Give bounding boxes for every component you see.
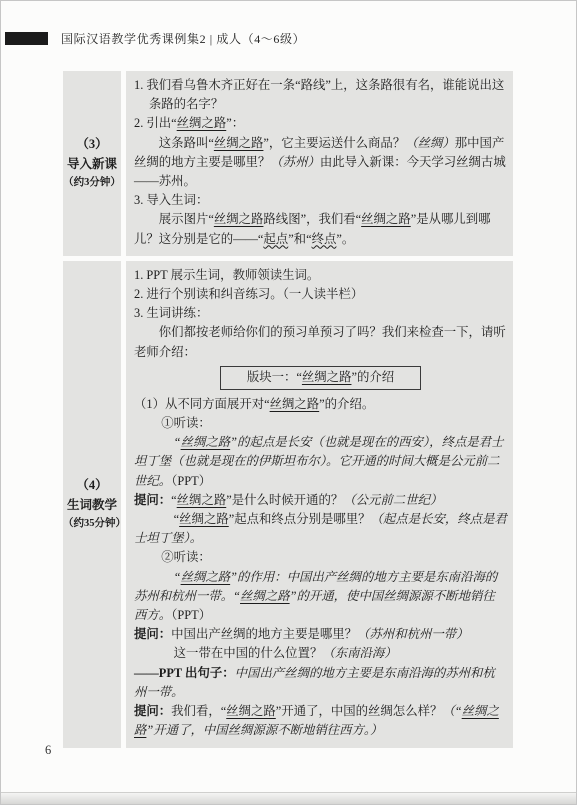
text-run: 2. 进行个别读和纠音练习。（一人读半栏） [134,287,363,301]
text-run: ”起点和终点分别是哪里？ [229,512,371,526]
table-row-vocabulary: （4） 生词教学 （约35分钟） 1. PPT 展示生词，教师领读生词。2. 进… [63,261,513,748]
text-run: （公元前二世纪） [343,493,442,507]
text-run: 路线图”，我们看“ [263,212,361,226]
stage-number: （4） [76,476,107,495]
text-run: 我们看，“ [171,704,226,718]
content-paragraph: 这条路叫“丝绸之路”，它主要运送什么商品？（丝绸）那中国产丝绸的地方主要是哪里？… [134,134,507,192]
text-run: ”开通了，中国丝绸源源不断地销往西方。） [146,723,382,737]
text-run: 丝绸之路 [177,116,227,130]
content-paragraph: 这一带在中国的什么位置？（东南沿海） [134,644,507,663]
text-run: 丝绸之路 [226,704,276,718]
content-paragraph: 提问：“丝绸之路”是什么时候开通的？（公元前二世纪） [134,491,507,510]
content-paragraph: 1. PPT 展示生词，教师领读生词。 [134,266,507,285]
text-run: ”，它主要运送什么商品？ [263,136,405,150]
text-run: 3. 生词讲练： [134,306,208,320]
content-paragraph: “丝绸之路”起点和终点分别是哪里？（起点是长安，终点是君士坦丁堡）。 [134,510,507,548]
header-black-bar [5,32,48,45]
text-run: 提问： [134,704,171,718]
text-run: 丝绸之路 [361,212,411,226]
stage-duration: （约3分钟） [63,175,121,191]
text-run: （苏州） [270,155,320,169]
text-run: ①听读： [161,416,211,430]
text-run: ②听读： [161,550,211,564]
stage-label-cell: （3） 导入新课 （约3分钟） [63,71,121,256]
content-paragraph: 2. 引出“丝绸之路”： [134,114,507,133]
text-run: 丝绸之路 [214,212,264,226]
text-run: （1）从不同方面展开对“ [134,397,270,411]
content-paragraph: “丝绸之路”的起点是长安（也就是现在的西安），终点是君士坦丁堡（也就是现在的伊斯… [134,433,507,491]
text-run: 1. 我们看乌鲁木齐正好在一条“路线”上，这条路很有名，谁能说出这条路的名字？ [134,78,504,111]
text-run: （丝绸） [405,136,455,150]
text-run: 2. 引出“ [134,116,177,130]
text-run: 这条路叫“ [159,136,214,150]
text-run: 丝绸之路 [177,493,227,507]
content-paragraph: ①听读： [134,414,507,433]
header-title: 国际汉语教学优秀课例集2 | 成人（4～6级） [61,30,305,47]
stage-title: 导入新课 [67,155,117,174]
content-paragraph: 3. 导入生词： [134,191,507,210]
text-run: （PPT） [171,608,211,622]
text-run: 版块一：“ [247,370,302,384]
text-run: ”： [226,116,244,130]
text-run: 提问： [134,627,171,641]
stage-content-cell: 1. 我们看乌鲁木齐正好在一条“路线”上，这条路很有名，谁能说出这条路的名字？2… [126,71,513,256]
text-run: 丝绸之路 [214,136,264,150]
stage-number: （3） [76,135,107,154]
lesson-plan-table: （3） 导入新课 （约3分钟） 1. 我们看乌鲁木齐正好在一条“路线”上，这条路… [63,71,513,753]
section-box-wrapper: 版块一：“丝绸之路”的介绍 [134,366,507,390]
text-run: 1. PPT 展示生词，教师领读生词。 [134,268,319,282]
page-number: 6 [45,743,51,758]
text-run: 丝绸之路 [270,397,320,411]
text-run: ”的介绍。 [319,397,374,411]
text-run: （东南沿海） [322,646,396,660]
content-paragraph: 你们都按老师给你们的预习单预习了吗？我们来检查一下，请听老师介绍： [134,323,507,361]
text-run: 终点 [312,232,337,246]
text-run: ”开通了，中国的丝绸怎么样？ [276,704,443,718]
text-run: 这一带在中国的什么位置？ [174,646,323,660]
text-run: ”和“ [288,232,311,246]
text-run: “ [174,435,181,449]
text-run: “ [174,570,181,584]
stage-label-cell: （4） 生词教学 （约35分钟） [63,261,121,748]
text-run: 3. 导入生词： [134,193,208,207]
book-page: 国际汉语教学优秀课例集2 | 成人（4～6级） （3） 导入新课 （约3分钟） … [0,0,577,805]
content-paragraph: 2. 进行个别读和纠音练习。（一人读半栏） [134,285,507,304]
text-run: ——PPT 出句子： [134,666,235,680]
content-paragraph: ②听读： [134,548,507,567]
section-title-box: 版块一：“丝绸之路”的介绍 [220,366,421,390]
content-paragraph: 展示图片“丝绸之路路线图”，我们看“丝绸之路”是从哪儿到哪儿？这分别是它的——“… [134,210,507,248]
text-run: 丝绸之路 [179,512,229,526]
text-run: 提问： [134,493,171,507]
stage-title: 生词教学 [67,496,117,515]
page-header: 国际汉语教学优秀课例集2 | 成人（4～6级） [1,30,576,48]
text-run: 丝绸之路 [302,370,352,384]
content-paragraph: 1. 我们看乌鲁木齐正好在一条“路线”上，这条路很有名，谁能说出这条路的名字？ [134,76,507,114]
text-run: 丝绸之路 [240,589,290,603]
text-run: ”。 [336,232,354,246]
text-run: 中国出产丝绸的地方主要是哪里？ [171,627,357,641]
text-run: ”的介绍 [351,370,394,384]
text-run: 丝绸之路 [181,570,231,584]
content-paragraph: 3. 生词讲练： [134,304,507,323]
table-row-lead-in: （3） 导入新课 （约3分钟） 1. 我们看乌鲁木齐正好在一条“路线”上，这条路… [63,71,513,256]
stage-duration: （约35分钟） [63,516,121,532]
content-paragraph: ——PPT 出句子：中国出产丝绸的地方主要是东南沿海的苏州和杭州一带。 [134,664,507,702]
text-run: （“ [442,704,461,718]
text-run: 丝绸之路 [181,435,231,449]
content-paragraph: 提问：我们看，“丝绸之路”开通了，中国的丝绸怎么样？（“丝绸之路”开通了，中国丝… [134,702,507,740]
text-run: ”是什么时候开通的？ [226,493,343,507]
text-run: 展示图片“ [159,212,214,226]
stage-content-cell: 1. PPT 展示生词，教师领读生词。2. 进行个别读和纠音练习。（一人读半栏）… [126,261,513,748]
page-bottom-edge-shadow [1,792,576,804]
text-run: （PPT） [171,474,211,488]
content-paragraph: “丝绸之路”的作用：中国出产丝绸的地方主要是东南沿海的苏州和杭州一带。“丝绸之路… [134,568,507,626]
text-run: 你们都按老师给你们的预习单预习了吗？我们来检查一下，请听老师介绍： [134,325,506,358]
text-run: （苏州和杭州一带） [357,627,469,641]
content-paragraph: （1）从不同方面展开对“丝绸之路”的介绍。 [134,395,507,414]
content-paragraph: 提问：中国出产丝绸的地方主要是哪里？（苏州和杭州一带） [134,625,507,644]
text-run: 起点 [263,232,288,246]
